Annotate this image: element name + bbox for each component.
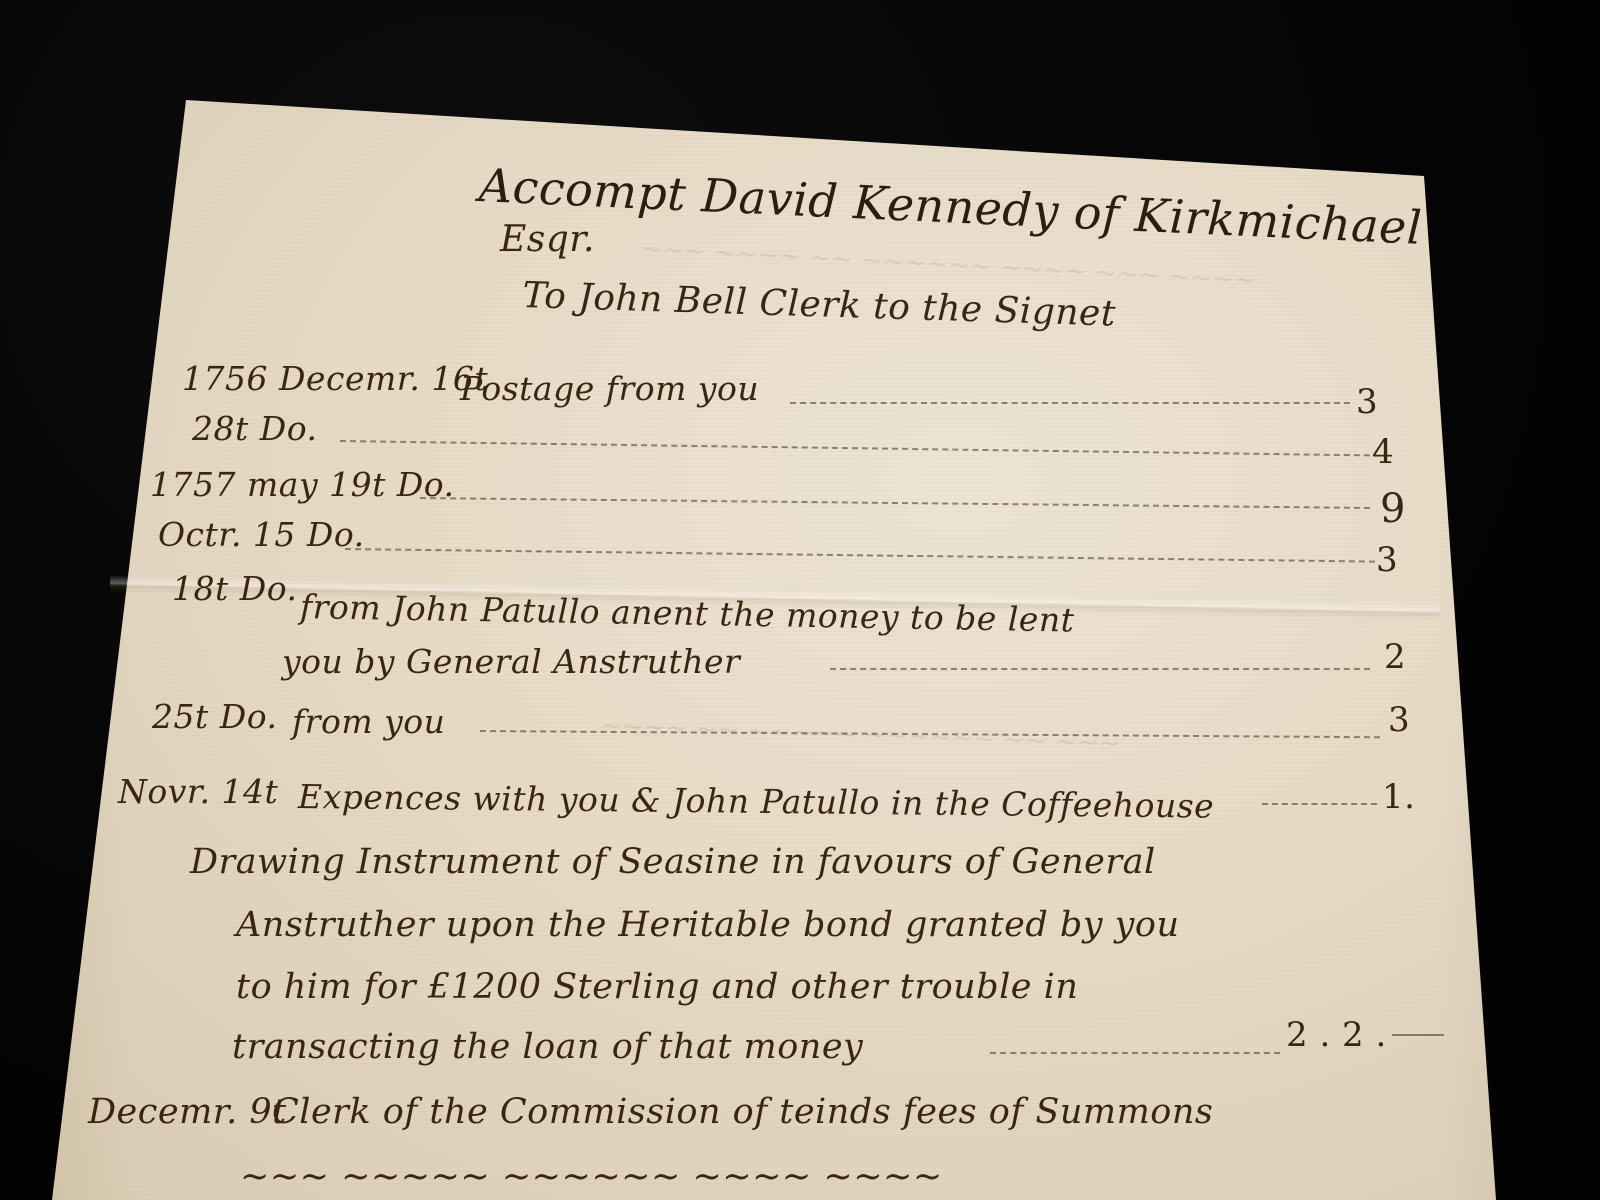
entry-amount: 3	[1376, 543, 1398, 577]
leader-dots	[1392, 1034, 1444, 1036]
entry-amount: 9	[1380, 489, 1406, 529]
leader-dots	[790, 402, 1350, 404]
entry-date: 1757 may 19t Do.	[150, 468, 455, 501]
entry-date: Decemr. 9t	[88, 1095, 287, 1130]
entry-amount: 4	[1372, 435, 1394, 469]
entry-amount: 2 . 2 .	[1286, 1018, 1387, 1052]
entry-description-continued: you by General Anstruther	[282, 645, 740, 678]
entry-description: from you	[292, 705, 445, 738]
entry-description-cutoff: ~~~ ~~~~~ ~~~~~~ ~~~~ ~~~~	[240, 1160, 943, 1195]
entry-description: Postage from you	[460, 372, 759, 405]
entry-description-continued: transacting the loan of that money	[232, 1030, 863, 1065]
entry-description: Expences with you & John Patullo in the …	[298, 780, 1215, 823]
entry-amount: 2	[1384, 640, 1406, 674]
entry-description-continued: to him for £1200 Sterling and other trou…	[236, 970, 1078, 1005]
entry-date: Novr. 14t	[118, 775, 278, 808]
entry-amount: 3	[1356, 385, 1378, 419]
entry-date: Octr. 15 Do.	[158, 518, 365, 551]
heading-line-2: Esqr.	[500, 222, 595, 258]
entry-date: 28t Do.	[192, 412, 317, 445]
leader-dots	[990, 1052, 1280, 1054]
entry-amount: 1.	[1382, 780, 1415, 814]
entry-description: Clerk of the Commission of teinds fees o…	[272, 1095, 1213, 1130]
entry-date: 18t Do.	[172, 572, 297, 605]
leader-dots	[1262, 803, 1377, 805]
entry-amount: 3	[1388, 703, 1410, 737]
entry-date: 1756 Decemr. 16t	[182, 362, 488, 395]
entry-date: 25t Do.	[152, 700, 277, 733]
entry-description: Drawing Instrument of Seasine in favours…	[190, 845, 1156, 880]
entry-description-continued: Anstruther upon the Heritable bond grant…	[236, 908, 1180, 943]
leader-dots	[830, 668, 1370, 670]
